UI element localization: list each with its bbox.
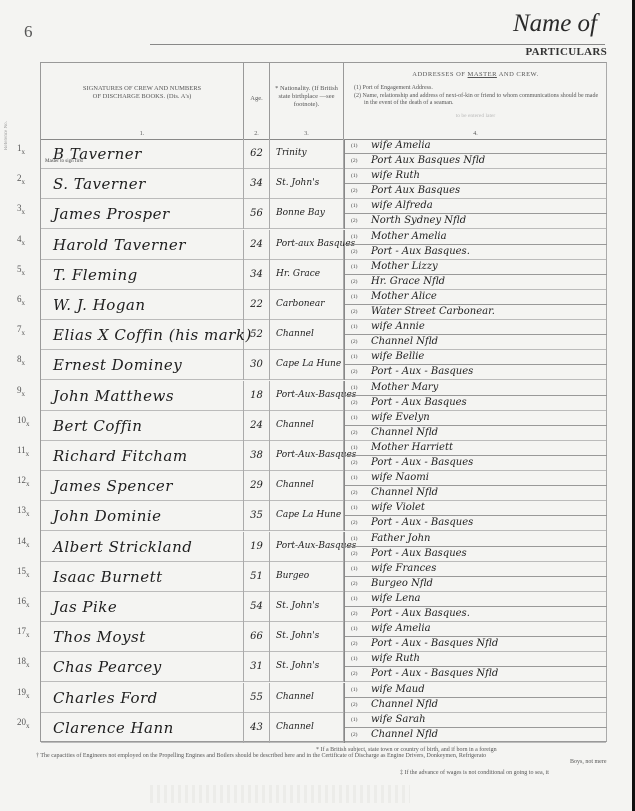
crew-nationality: Channel [276, 420, 314, 430]
address-line-2: (2)Channel Nfld [345, 486, 607, 501]
table-row: 6xW. J. Hogan22Carbonear(1)Mother Alice(… [41, 290, 606, 320]
address-line-1: (1)wife Sarah [345, 713, 607, 728]
crew-age: 38 [244, 450, 269, 461]
address-cell: (1)wife Naomi(2)Channel Nfld [344, 471, 607, 501]
age-cell: 51 [244, 562, 270, 592]
table-row: 5xT. Fleming34Hr. Grace(1)Mother Lizzy(2… [41, 260, 606, 290]
address-line-1: (1)wife Evelyn [345, 411, 607, 426]
crew-nationality: Trinity [276, 148, 307, 158]
address-line-2: (2)Channel Nfld [345, 698, 607, 713]
crew-signature: Richard Fitcham [53, 447, 188, 465]
crew-signature: James Spencer [53, 477, 173, 495]
signature-cell: James Prosper [41, 199, 244, 229]
signature-cell: James Spencer [41, 471, 244, 501]
table-row: 8xErnest Dominey30Cape La Hune(1)wife Be… [41, 350, 606, 380]
header-nationality: * Nationality. (If British state birthpl… [270, 63, 344, 139]
crew-age: 30 [244, 359, 269, 370]
crew-nationality: Carbonear [276, 299, 325, 309]
row-number: 10x [17, 415, 30, 428]
table-row: 2xS. Taverner34St. John's(1)wife Ruth(2)… [41, 169, 606, 199]
engagement-address: Channel Nfld [371, 699, 438, 710]
table-row: 17xThos Moyst66St. John's(1)wife Amelia(… [41, 622, 606, 652]
engagement-address: Hr. Grace Nfld [371, 276, 445, 287]
age-cell: 22 [244, 290, 270, 320]
address-line-2: (2)Hr. Grace Nfld [345, 275, 607, 290]
crew-age: 52 [244, 329, 269, 340]
address-cell: (1)Mother Harriett(2)Port - Aux - Basque… [344, 441, 607, 471]
table-row: 18xChas Pearcey31St. John's(1)wife Ruth(… [41, 652, 606, 682]
nationality-cell: St. John's [270, 652, 344, 682]
signature-cell: Chas Pearcey [41, 652, 244, 682]
address-cell: (1)Father John(2)Port - Aux Basques [344, 532, 607, 562]
crew-signature: Isaac Burnett [53, 568, 163, 586]
signature-cell: S. Taverner [41, 169, 244, 199]
address-line-2: (2)Channel Nfld [345, 335, 607, 350]
signature-cell: John Dominie [41, 501, 244, 531]
table-row: 20xClarence Hann43Channel(1)wife Sarah(2… [41, 713, 606, 743]
engagement-address: Port - Aux - Basques [371, 517, 473, 528]
next-of-kin: Mother Harriett [371, 442, 453, 453]
crew-signature: W. J. Hogan [53, 296, 146, 314]
engagement-address: Channel Nfld [371, 487, 438, 498]
next-of-kin: wife Amelia [371, 140, 431, 151]
nationality-cell: St. John's [270, 169, 344, 199]
address-line-1: (1)wife Naomi [345, 471, 607, 486]
address-cell: (1)wife Frances(2)Burgeo Nfld [344, 562, 607, 592]
age-cell: 34 [244, 260, 270, 290]
address-line-2: (2)Port Aux Basques Nfld [345, 154, 607, 169]
age-cell: 30 [244, 350, 270, 380]
age-cell: 18 [244, 381, 270, 411]
signature-cell: Elias X Coffin (his mark) [41, 320, 244, 350]
address-line-2: (2)Port - Aux - Basques Nfld [345, 667, 607, 682]
engagement-address: Port - Aux - Basques Nfld [371, 668, 498, 679]
address-cell: (1)wife Violet(2)Port - Aux - Basques [344, 501, 607, 531]
address-cell: (1)Mother Mary(2)Port - Aux Basques [344, 381, 607, 411]
table-row: 12xJames Spencer29Channel(1)wife Naomi(2… [41, 471, 606, 501]
next-of-kin: wife Frances [371, 563, 436, 574]
crew-signature: Clarence Hann [53, 719, 174, 737]
address-line-1: (1)Mother Mary [345, 381, 607, 396]
crew-signature: Thos Moyst [53, 628, 146, 646]
crew-signature: Chas Pearcey [53, 658, 162, 676]
age-cell: 29 [244, 471, 270, 501]
address-line-2: (2)Port - Aux Basques [345, 547, 607, 562]
crew-age: 35 [244, 510, 269, 521]
engagement-address: Channel Nfld [371, 427, 438, 438]
next-of-kin: wife Alfreda [371, 200, 433, 211]
crew-age: 19 [244, 541, 269, 552]
table-row: 7xElias X Coffin (his mark)52Channel(1)w… [41, 320, 606, 350]
crew-signature: Charles Ford [53, 689, 158, 707]
age-cell: 24 [244, 230, 270, 260]
crew-signature: James Prosper [53, 205, 170, 223]
next-of-kin: wife Violet [371, 502, 425, 513]
crew-signature: S. Taverner [53, 175, 146, 193]
crew-nationality: St. John's [276, 631, 319, 641]
crew-age: 51 [244, 571, 269, 582]
crew-nationality: Burgeo [276, 571, 309, 581]
address-line-1: (1)wife Ruth [345, 169, 607, 184]
divider [150, 44, 605, 45]
nationality-cell: Port-aux Basques [270, 230, 344, 260]
address-line-2: (2)Port - Aux Basques. [345, 245, 607, 260]
row-number: 12x [17, 475, 30, 488]
engagement-address: Water Street Carbonear. [371, 306, 495, 317]
age-cell: 55 [244, 683, 270, 713]
crew-nationality: Channel [276, 692, 314, 702]
signature-cell: Isaac Burnett [41, 562, 244, 592]
next-of-kin: wife Maud [371, 684, 425, 695]
age-cell: 54 [244, 592, 270, 622]
signature-cell: Richard Fitcham [41, 441, 244, 471]
table-row: 1xB TavernerMaster to sign first62Trinit… [41, 139, 606, 169]
engagement-address: Port Aux Basques Nfld [371, 155, 485, 166]
crew-nationality: St. John's [276, 601, 319, 611]
crew-age: 34 [244, 178, 269, 189]
nationality-cell: Cape La Hune [270, 350, 344, 380]
address-line-2: (2)Port - Aux - Basques [345, 516, 607, 531]
signature-cell: Clarence Hann [41, 713, 244, 743]
age-cell: 52 [244, 320, 270, 350]
next-of-kin: wife Annie [371, 321, 425, 332]
table-row: 19xCharles Ford55Channel(1)wife Maud(2)C… [41, 683, 606, 713]
nationality-cell: Hr. Grace [270, 260, 344, 290]
address-line-2: (2)Port - Aux Basques [345, 396, 607, 411]
age-cell: 38 [244, 441, 270, 471]
address-cell: (1)wife Amelia(2)Port - Aux - Basques Nf… [344, 622, 607, 652]
address-line-2: (2)Burgeo Nfld [345, 577, 607, 592]
next-of-kin: Mother Amelia [371, 231, 447, 242]
table-row: 16xJas Pike54St. John's(1)wife Lena(2)Po… [41, 592, 606, 622]
row-number: 13x [17, 505, 30, 518]
engagement-address: Burgeo Nfld [371, 578, 433, 589]
master-note: Master to sign first [45, 159, 83, 164]
row-number: 9x [17, 385, 25, 398]
next-of-kin: wife Sarah [371, 714, 426, 725]
engagement-address: Port - Aux Basques. [371, 608, 470, 619]
nationality-cell: Channel [270, 713, 344, 743]
crew-age: 66 [244, 631, 269, 642]
addresses-title: ADDRESSES OF MASTER AND CREW. [344, 71, 607, 78]
address-line-2: (2)Port - Aux - Basques [345, 456, 607, 471]
page-title: Name of [513, 10, 597, 38]
address-cell: (1)wife Evelyn(2)Channel Nfld [344, 411, 607, 441]
age-cell: 56 [244, 199, 270, 229]
nationality-cell: Port-Aux-Basques [270, 381, 344, 411]
table-row: 9xJohn Matthews18Port-Aux-Basques(1)Moth… [41, 381, 606, 411]
crew-nationality: St. John's [276, 178, 319, 188]
nationality-cell: St. John's [270, 622, 344, 652]
row-number: 20x [17, 717, 30, 730]
nationality-cell: Channel [270, 411, 344, 441]
table-row: 3xJames Prosper56Bonne Bay(1)wife Alfred… [41, 199, 606, 229]
footnote-wages: ‡ If the advance of wages is not conditi… [400, 770, 549, 776]
crew-age: 56 [244, 208, 269, 219]
row-number: 16x [17, 596, 30, 609]
crew-nationality: St. John's [276, 661, 319, 671]
address-line-1: (1)Mother Lizzy [345, 260, 607, 275]
signature-cell: Thos Moyst [41, 622, 244, 652]
crew-age: 55 [244, 692, 269, 703]
age-cell: 24 [244, 411, 270, 441]
crew-signature: John Dominie [53, 507, 162, 525]
next-of-kin: Father John [371, 533, 430, 544]
next-of-kin: wife Evelyn [371, 412, 430, 423]
crew-signature: Jas Pike [53, 598, 117, 616]
crew-age: 29 [244, 480, 269, 491]
header-age: Age. 2. [244, 63, 270, 139]
signature-cell: Ernest Dominey [41, 350, 244, 380]
table-header: SIGNATURES OF CREW AND NUMBERS OF DISCHA… [41, 63, 606, 140]
crew-nationality: Hr. Grace [276, 269, 320, 279]
row-number: 5x [17, 264, 25, 277]
nationality-cell: Carbonear [270, 290, 344, 320]
next-of-kin: wife Naomi [371, 472, 429, 483]
row-number: 14x [17, 536, 30, 549]
address-cell: (1)wife Annie(2)Channel Nfld [344, 320, 607, 350]
engagement-address: Port - Aux - Basques [371, 366, 473, 377]
row-number: 7x [17, 324, 25, 337]
address-cell: (1)wife Alfreda(2)North Sydney Nfld [344, 199, 607, 229]
table-row: 10xBert Coffin24Channel(1)wife Evelyn(2)… [41, 411, 606, 441]
scan-smudge [150, 785, 410, 803]
age-cell: 34 [244, 169, 270, 199]
nationality-cell: Burgeo [270, 562, 344, 592]
footnote-engineers: † The capacities of Engineers not employ… [36, 753, 486, 759]
engagement-address: Channel Nfld [371, 336, 438, 347]
age-cell: 43 [244, 713, 270, 743]
address-line-2: (2)Port - Aux Basques. [345, 607, 607, 622]
crew-nationality: Channel [276, 329, 314, 339]
address-line-1: (1)Mother Alice [345, 290, 607, 305]
address-line-2: (2)North Sydney Nfld [345, 214, 607, 229]
address-line-1: (1)wife Amelia [345, 139, 607, 154]
row-number: 19x [17, 687, 30, 700]
nationality-cell: Channel [270, 320, 344, 350]
address-line-1: (1)wife Alfreda [345, 199, 607, 214]
address-line-1: (1)Mother Harriett [345, 441, 607, 456]
next-of-kin: wife Amelia [371, 623, 431, 634]
address-line-2: (2)Channel Nfld [345, 426, 607, 441]
row-number: 18x [17, 656, 30, 669]
nationality-cell: Cape La Hune [270, 501, 344, 531]
address-line-1: (1)wife Ruth [345, 652, 607, 667]
crew-signature: Elias X Coffin (his mark) [53, 326, 252, 344]
crew-nationality: Bonne Bay [276, 208, 325, 218]
address-line-2: (2)Water Street Carbonear. [345, 305, 607, 320]
address-cell: (1)wife Maud(2)Channel Nfld [344, 683, 607, 713]
row-number: 1x [17, 143, 25, 156]
next-of-kin: wife Ruth [371, 170, 420, 181]
engagement-address: Port - Aux - Basques Nfld [371, 638, 498, 649]
age-cell: 19 [244, 532, 270, 562]
crew-signature: Harold Taverner [53, 236, 186, 254]
address-line-1: (1)wife Bellie [345, 350, 607, 365]
row-number: 2x [17, 173, 25, 186]
header-signatures: SIGNATURES OF CREW AND NUMBERS OF DISCHA… [41, 63, 244, 139]
side-label: Reference No. [4, 90, 18, 150]
addresses-notes: (1) Port of Engagement Address. (2) Name… [354, 85, 599, 108]
address-cell: (1)wife Ruth(2)Port - Aux - Basques Nfld [344, 652, 607, 682]
crew-age: 62 [244, 148, 269, 159]
row-number: 11x [17, 445, 29, 458]
crew-age: 22 [244, 299, 269, 310]
section-heading: PARTICULARS [525, 46, 607, 58]
crew-age: 43 [244, 722, 269, 733]
age-cell: 35 [244, 501, 270, 531]
engagement-address: Port - Aux Basques. [371, 246, 470, 257]
address-cell: (1)wife Lena(2)Port - Aux Basques. [344, 592, 607, 622]
signature-cell: B TavernerMaster to sign first [41, 139, 244, 169]
crew-nationality: Channel [276, 480, 314, 490]
crew-age: 18 [244, 390, 269, 401]
address-cell: (1)Mother Lizzy(2)Hr. Grace Nfld [344, 260, 607, 290]
crew-nationality: Cape La Hune [276, 359, 341, 369]
address-cell: (1)wife Amelia(2)Port Aux Basques Nfld [344, 139, 607, 169]
row-number: 3x [17, 203, 25, 216]
table-row: 4xHarold Taverner24Port-aux Basques(1)Mo… [41, 230, 606, 260]
nationality-cell: Channel [270, 683, 344, 713]
engagement-address: Port - Aux Basques [371, 397, 467, 408]
page-number: 6 [24, 22, 33, 42]
row-number: 6x [17, 294, 25, 307]
crew-nationality: Cape La Hune [276, 510, 341, 520]
engagement-address: Port - Aux - Basques [371, 457, 473, 468]
signature-cell: Harold Taverner [41, 230, 244, 260]
next-of-kin: Mother Alice [371, 291, 437, 302]
nationality-cell: Channel [270, 471, 344, 501]
engagement-address: Channel Nfld [371, 729, 438, 740]
signature-cell: John Matthews [41, 381, 244, 411]
table-row: 14xAlbert Strickland19Port-Aux-Basques(1… [41, 532, 606, 562]
crew-age: 31 [244, 661, 269, 672]
engagement-address: North Sydney Nfld [371, 215, 466, 226]
crew-age: 34 [244, 269, 269, 280]
address-line-1: (1)wife Amelia [345, 622, 607, 637]
age-cell: 62 [244, 139, 270, 169]
address-cell: (1)wife Sarah(2)Channel Nfld [344, 713, 607, 743]
crew-signature: Bert Coffin [53, 417, 142, 435]
nationality-cell: Bonne Bay [270, 199, 344, 229]
crew-age: 24 [244, 420, 269, 431]
next-of-kin: Mother Lizzy [371, 261, 438, 272]
address-cell: (1)wife Bellie(2)Port - Aux - Basques [344, 350, 607, 380]
crew-nationality: Channel [276, 722, 314, 732]
crew-signature: Albert Strickland [53, 538, 192, 556]
crew-age: 24 [244, 239, 269, 250]
nationality-cell: Trinity [270, 139, 344, 169]
address-line-2: (2)Port - Aux - Basques Nfld [345, 637, 607, 652]
address-line-1: (1)Father John [345, 532, 607, 547]
signature-cell: T. Fleming [41, 260, 244, 290]
row-number: 17x [17, 626, 30, 639]
table-row: 13xJohn Dominie35Cape La Hune(1)wife Vio… [41, 501, 606, 531]
address-line-1: (1)wife Frances [345, 562, 607, 577]
address-line-1: (1)wife Annie [345, 320, 607, 335]
address-line-1: (1)wife Lena [345, 592, 607, 607]
address-line-2: (2)Port - Aux - Basques [345, 365, 607, 380]
nationality-cell: Port-Aux-Basques [270, 441, 344, 471]
table-row: 15xIsaac Burnett51Burgeo(1)wife Frances(… [41, 562, 606, 592]
address-line-1: (1)wife Violet [345, 501, 607, 516]
signature-cell: Charles Ford [41, 683, 244, 713]
address-cell: (1)Mother Alice(2)Water Street Carbonear… [344, 290, 607, 320]
crew-table: SIGNATURES OF CREW AND NUMBERS OF DISCHA… [40, 62, 607, 742]
address-cell: (1)Mother Amelia(2)Port - Aux Basques. [344, 230, 607, 260]
row-number: 4x [17, 234, 25, 247]
crew-signature: Ernest Dominey [53, 356, 182, 374]
nationality-cell: St. John's [270, 592, 344, 622]
footnote-boys: Boys, not mere [570, 759, 607, 765]
crew-signature: T. Fleming [53, 266, 138, 284]
table-row: 11xRichard Fitcham38Port-Aux-Basques(1)M… [41, 441, 606, 471]
signature-cell: Albert Strickland [41, 532, 244, 562]
next-of-kin: wife Lena [371, 593, 421, 604]
address-line-2: (2)Channel Nfld [345, 728, 607, 743]
signature-cell: Jas Pike [41, 592, 244, 622]
address-line-1: (1)Mother Amelia [345, 230, 607, 245]
signature-cell: W. J. Hogan [41, 290, 244, 320]
next-of-kin: Mother Mary [371, 382, 438, 393]
address-line-1: (1)wife Maud [345, 683, 607, 698]
header-addresses: ADDRESSES OF MASTER AND CREW. (1) Port o… [344, 63, 607, 139]
address-line-2: (2)Port Aux Basques [345, 184, 607, 199]
nationality-cell: Port-Aux-Basques [270, 532, 344, 562]
row-number: 8x [17, 354, 25, 367]
next-of-kin: wife Bellie [371, 351, 424, 362]
engagement-address: Port - Aux Basques [371, 548, 467, 559]
signature-cell: Bert Coffin [41, 411, 244, 441]
row-number: 15x [17, 566, 30, 579]
crew-age: 54 [244, 601, 269, 612]
age-cell: 31 [244, 652, 270, 682]
engagement-address: Port Aux Basques [371, 185, 460, 196]
crew-signature: John Matthews [53, 387, 174, 405]
address-cell: (1)wife Ruth(2)Port Aux Basques [344, 169, 607, 199]
next-of-kin: wife Ruth [371, 653, 420, 664]
age-cell: 66 [244, 622, 270, 652]
